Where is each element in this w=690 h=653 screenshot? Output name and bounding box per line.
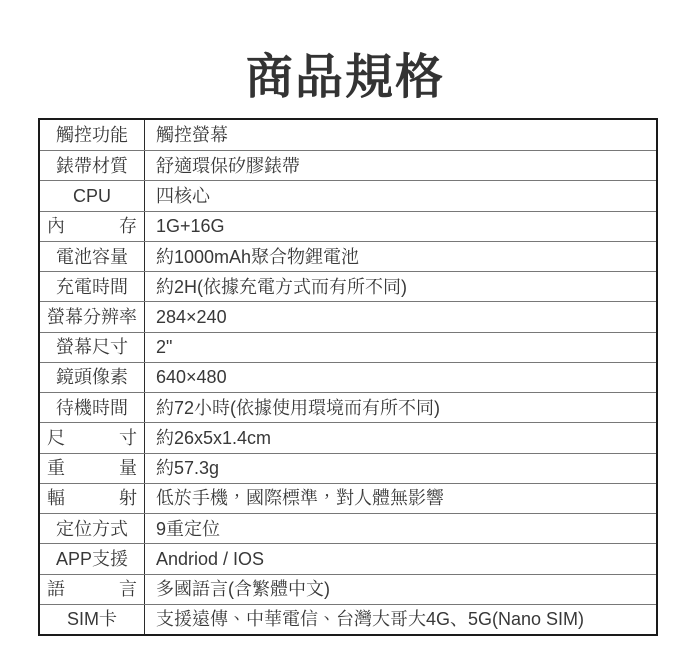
spec-table: 觸控功能 觸控螢幕 錶帶材質 舒適環保矽膠錶帶 CPU 四核心 內 存 1G+1…: [38, 118, 658, 636]
spec-label: 輻 射: [40, 484, 145, 513]
spec-row-weight: 重 量 約57.3g: [40, 453, 656, 483]
spec-row-app-support: APP支援 Andriod / IOS: [40, 543, 656, 573]
spec-value: 約57.3g: [145, 454, 656, 483]
spec-label: 待機時間: [40, 393, 145, 422]
spec-label: 錶帶材質: [40, 151, 145, 180]
spec-value: 1G+16G: [145, 212, 656, 241]
spec-value: 284×240: [145, 302, 656, 331]
spec-row-touch-function: 觸控功能 觸控螢幕: [40, 120, 656, 150]
spec-row-cpu: CPU 四核心: [40, 180, 656, 210]
spec-row-positioning: 定位方式 9重定位: [40, 513, 656, 543]
spec-label: 內 存: [40, 212, 145, 241]
spec-label: 電池容量: [40, 242, 145, 271]
spec-value: 約72小時(依據使用環境而有所不同): [145, 393, 656, 422]
spec-row-memory: 內 存 1G+16G: [40, 211, 656, 241]
spec-value: 四核心: [145, 181, 656, 210]
spec-label: 鏡頭像素: [40, 363, 145, 392]
page-title: 商品規格: [0, 38, 690, 107]
spec-value: Andriod / IOS: [145, 544, 656, 573]
spec-label: CPU: [40, 181, 145, 210]
spec-label: 尺 寸: [40, 423, 145, 452]
spec-label: 充電時間: [40, 272, 145, 301]
spec-row-standby-time: 待機時間 約72小時(依據使用環境而有所不同): [40, 392, 656, 422]
spec-value: 9重定位: [145, 514, 656, 543]
spec-label: SIM卡: [40, 605, 145, 634]
spec-value: 約1000mAh聚合物鋰電池: [145, 242, 656, 271]
spec-row-battery-capacity: 電池容量 約1000mAh聚合物鋰電池: [40, 241, 656, 271]
spec-row-charging-time: 充電時間 約2H(依據充電方式而有所不同): [40, 271, 656, 301]
spec-value: 約26x5x1.4cm: [145, 423, 656, 452]
spec-value: 支援遠傳、中華電信、台灣大哥大4G、5G(Nano SIM): [145, 605, 656, 634]
spec-label: 螢幕尺寸: [40, 333, 145, 362]
spec-label: 定位方式: [40, 514, 145, 543]
spec-value: 觸控螢幕: [145, 120, 656, 150]
spec-row-sim-card: SIM卡 支援遠傳、中華電信、台灣大哥大4G、5G(Nano SIM): [40, 604, 656, 634]
spec-row-screen-resolution: 螢幕分辨率 284×240: [40, 301, 656, 331]
spec-row-camera-pixels: 鏡頭像素 640×480: [40, 362, 656, 392]
spec-label: APP支援: [40, 544, 145, 573]
spec-value: 2": [145, 333, 656, 362]
spec-value: 約2H(依據充電方式而有所不同): [145, 272, 656, 301]
spec-label: 重 量: [40, 454, 145, 483]
spec-row-radiation: 輻 射 低於手機，國際標準，對人體無影響: [40, 483, 656, 513]
spec-label: 螢幕分辨率: [40, 302, 145, 331]
spec-row-language: 語 言 多國語言(含繁體中文): [40, 574, 656, 604]
spec-row-screen-size: 螢幕尺寸 2": [40, 332, 656, 362]
spec-value: 低於手機，國際標準，對人體無影響: [145, 484, 656, 513]
spec-value: 舒適環保矽膠錶帶: [145, 151, 656, 180]
spec-value: 多國語言(含繁體中文): [145, 575, 656, 604]
spec-row-dimensions: 尺 寸 約26x5x1.4cm: [40, 422, 656, 452]
spec-label: 觸控功能: [40, 120, 145, 150]
spec-row-strap-material: 錶帶材質 舒適環保矽膠錶帶: [40, 150, 656, 180]
spec-value: 640×480: [145, 363, 656, 392]
spec-label: 語 言: [40, 575, 145, 604]
